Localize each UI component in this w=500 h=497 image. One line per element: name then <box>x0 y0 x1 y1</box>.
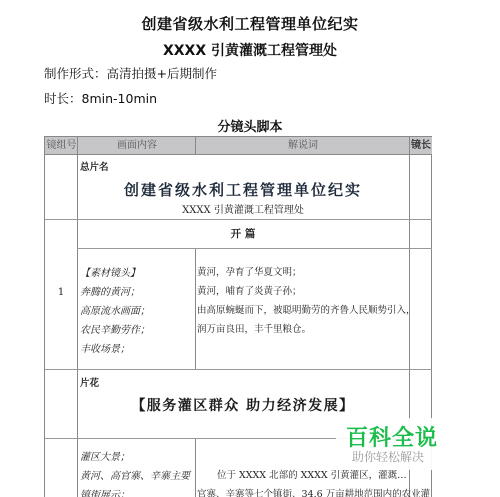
scene-line: 黄河、高官寨、辛寨主要 <box>80 467 190 482</box>
narration-line: 黄河，哺育了炎黄子孙； <box>197 283 302 297</box>
section-title: 分镜头脚本 <box>0 116 500 135</box>
promo-title: 【服务灌区群众 助力经济发展】 <box>77 395 409 415</box>
production-format: 制作形式：高清拍摄+后期制作 <box>44 64 217 82</box>
group-number: 1 <box>45 287 77 298</box>
scene-line: 高原流水画面； <box>80 302 150 317</box>
row-divider <box>45 219 432 220</box>
scene-line: 灌区大景； <box>80 448 130 463</box>
column-divider <box>195 438 196 497</box>
header-group-number: 镜组号 <box>45 137 78 155</box>
narration-line: 官寨、辛寨等七个镇街、34.6 万亩耕地范围内的农业灌 <box>197 486 430 497</box>
scene-line: 奔腾的黄河； <box>80 283 140 298</box>
watermark: 百科全说 助你轻松解决 <box>336 418 466 470</box>
column-divider <box>195 248 196 369</box>
duration: 时长：8min-10min <box>44 89 157 107</box>
overall-title-label: 总片名 <box>80 159 109 173</box>
document-subtitle: XXXX 引黄灌溉工程管理处 <box>0 40 500 60</box>
header-shot-length: 镜长 <box>410 137 432 155</box>
scene-line: 农民辛勤劳作； <box>80 321 150 336</box>
header-scene-content: 画面内容 <box>78 137 196 155</box>
row-divider <box>77 248 432 249</box>
scene-line: 丰收场景； <box>80 340 130 355</box>
column-divider <box>195 137 196 155</box>
overall-subtitle: XXXX 引黄灌溉工程管理处 <box>77 201 409 216</box>
narration-line: 润万亩良田，丰千里粮仓。 <box>197 321 311 335</box>
overall-title: 创建省级水利工程管理单位纪实 <box>77 179 409 200</box>
narration-line: 黄河，孕育了华夏文明； <box>197 264 302 278</box>
promo-label: 片花 <box>80 375 99 389</box>
row-divider <box>45 369 432 370</box>
narration-line: 由高原蜿蜒而下，被聪明勤劳的齐鲁人民顺势引入， <box>197 302 416 316</box>
document-title: 创建省级水利工程管理单位纪实 <box>0 13 500 34</box>
header-narration: 解说词 <box>196 137 410 155</box>
scene-line: 镇街展示； <box>80 486 130 497</box>
section-heading-opening: 开 篇 <box>77 226 409 241</box>
watermark-sub: 助你轻松解决 <box>352 448 424 465</box>
scene-line: 【素材镜头】 <box>80 264 140 279</box>
